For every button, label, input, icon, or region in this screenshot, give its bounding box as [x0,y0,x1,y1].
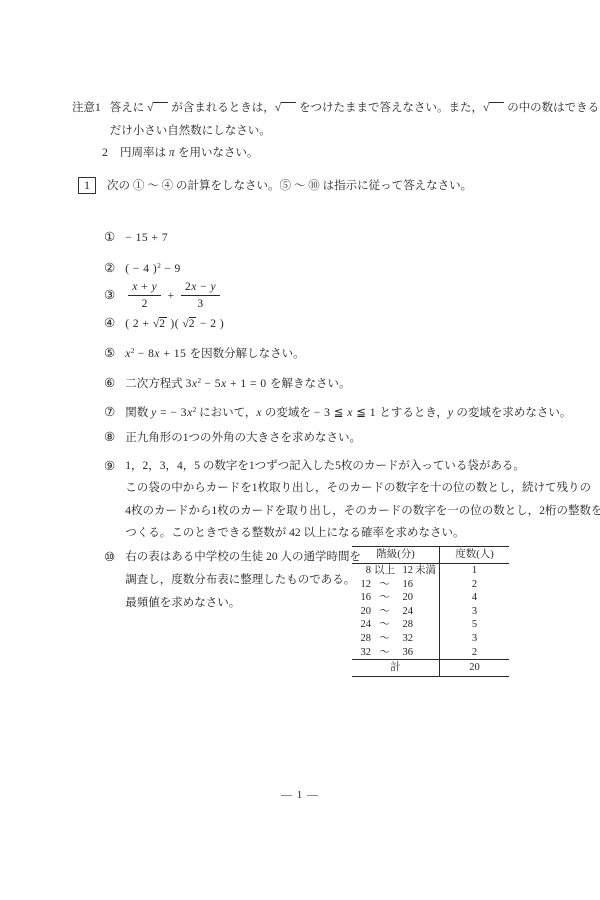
problem-number: ⑨ [104,459,115,473]
table-row: 32～362 [352,646,509,660]
problem-item: ③x + y2 + 2x − y3 [104,280,223,312]
problem-body: ( − 4 )2 − 9 [125,263,181,275]
class-interval-cell: 28～32 [352,632,440,646]
note-line: 答えに √ が含まれるときは，√ をつけたままで答えなさい。また，√ の中の数は… [110,97,599,120]
problem-body: ( 2 + √2 )( √2 − 2 ) [125,317,224,330]
class-interval-cell: 32～36 [352,646,440,660]
note-number: 2 [99,142,111,165]
problem-item: ⑦関数 y = − 3x2 において，x の変域を − 3 ≦ x ≦ 1 とす… [104,400,571,423]
frequency-cell: 2 [440,646,509,660]
problem-number: ⑥ [104,376,115,390]
problem-item: ⑥二次方程式 3x2 − 5x + 1 = 0 を解きなさい。 [104,371,350,394]
frequency-cell: 2 [440,578,509,592]
problem-item: ⑧正九角形の1つの外角の大きさを求めなさい。 [104,427,361,448]
table-row: 16～204 [352,591,509,605]
frequency-cell: 4 [440,591,509,605]
problem-body: 関数 y = − 3x2 において，x の変域を − 3 ≦ x ≦ 1 とする… [125,407,571,419]
problem-line: この袋の中からカードを1枚取り出し，そのカードの数字を十の位の数とし，続けて残り… [125,477,600,499]
problem-number: ④ [104,316,115,330]
sqrt-radical-icon: √2 [182,317,196,330]
problem-body: − 15 + 7 [125,232,168,244]
problem-line: 1，2，3，4，5 の数字を1つずつ記入した5枚のカードが入っている袋がある。 [125,455,600,477]
note-line: 円周率は π を用いなさい。 [120,142,547,165]
problem-body: 1，2，3，4，5 の数字を1つずつ記入した5枚のカードが入っている袋がある。こ… [125,455,600,545]
fraction: x + y2 [128,280,161,312]
table-header-frequency: 度数(人) [440,547,509,564]
problem-item: ⑩右の表はある中学校の生徒 20 人の通学時間を調査し，度数分布表に整理したもの… [104,546,361,615]
problem-body: x2 − 8x + 15 を因数分解しなさい。 [125,348,304,360]
notes-section: 注意1答えに √ が含まれるときは，√ をつけたままで答えなさい。また，√ の中… [72,97,547,165]
frequency-cell: 1 [440,564,509,578]
problem-number: ② [104,261,115,275]
problem-line: つくる。このときできる整数が 42 以上になる確率を求めなさい。 [125,522,600,544]
class-interval-cell: 16～20 [352,591,440,605]
class-interval-cell: 12～16 [352,578,440,592]
note-text: 円周率は π を用いなさい。 [120,142,547,165]
question-number-box: 1 [78,177,96,194]
table-header-class: 階級(分) [352,547,440,564]
table-row: 24～285 [352,618,509,632]
problem-item: ①− 15 + 7 [104,227,168,248]
problem-line: 4枚のカードから1枚のカードを取り出し，そのカードの数字を一の位の数とし，2桁の… [125,500,600,522]
problem-item: ④( 2 + √2 )( √2 − 2 ) [104,313,224,334]
problem-item: ⑤x2 − 8x + 15 を因数分解しなさい。 [104,341,305,364]
frequency-cell: 3 [440,632,509,646]
frequency-table: 階級(分)度数(人)8以上12未満112～16216～20420～24324～2… [352,546,509,677]
table-row: 12～162 [352,578,509,592]
problem-item: ②( − 4 )2 − 9 [104,256,181,279]
table-row: 8以上12未満1 [352,564,509,578]
problem-number: ⑧ [104,430,115,444]
table-header-row: 階級(分)度数(人) [352,547,509,564]
problem-number: ⑤ [104,346,115,360]
problem-number: ① [104,230,115,244]
sqrt-radical-icon: √ [147,102,168,114]
note-text: 答えに √ が含まれるときは，√ をつけたままで答えなさい。また，√ の中の数は… [110,97,599,142]
note-item: 2円周率は π を用いなさい。 [72,142,547,165]
sqrt-radical-icon: √2 [153,317,167,330]
note-number: 1 [95,97,101,120]
table-row: 20～243 [352,605,509,619]
total-value-cell: 20 [440,659,509,676]
sqrt-radical-icon: √ [275,102,296,114]
problem-line: 最頻値を求めなさい。 [125,592,361,615]
sqrt-radical-icon: √ [483,102,504,114]
total-label-cell: 計 [352,659,440,676]
problem-body: x + y2 + 2x − y3 [125,290,223,302]
problem-number: ③ [104,288,115,302]
exam-page: 注意1答えに √ が含まれるときは，√ をつけたままで答えなさい。また，√ の中… [0,0,600,900]
problem-body: 右の表はある中学校の生徒 20 人の通学時間を調査し，度数分布表に整理したもので… [125,546,361,615]
note-line: だけ小さい自然数にしなさい。 [110,120,599,143]
fraction: 2x − y3 [181,280,220,312]
note-item: 注意1答えに √ が含まれるときは，√ をつけたままで答えなさい。また，√ の中… [72,97,547,142]
class-interval-cell: 20～24 [352,605,440,619]
problem-item: ⑨1，2，3，4，5 の数字を1つずつ記入した5枚のカードが入っている袋がある。… [104,455,600,545]
section1-header: 1次の ① ～ ④ の計算をしなさい。⑤ ～ ⑩ は指示に従って答えなさい。 [78,177,472,194]
class-interval-cell: 24～28 [352,618,440,632]
section1-instruction: 次の ① ～ ④ の計算をしなさい。⑤ ～ ⑩ は指示に従って答えなさい。 [107,180,472,192]
frequency-cell: 3 [440,605,509,619]
table-total-row: 計20 [352,659,509,676]
page-number: — 1 — [0,789,600,801]
problem-body: 正九角形の1つの外角の大きさを求めなさい。 [125,432,361,444]
problem-line: 右の表はある中学校の生徒 20 人の通学時間を [125,546,361,569]
problem-number: ⑩ [104,550,115,564]
problem-line: 調査し，度数分布表に整理したものである。 [125,569,361,592]
problem-number: ⑦ [104,405,115,419]
problem-body: 二次方程式 3x2 − 5x + 1 = 0 を解きなさい。 [125,378,350,390]
frequency-cell: 5 [440,618,509,632]
notes-heading: 注意 [72,97,95,120]
table-row: 28～323 [352,632,509,646]
class-interval-cell: 8以上12未満 [352,564,440,578]
